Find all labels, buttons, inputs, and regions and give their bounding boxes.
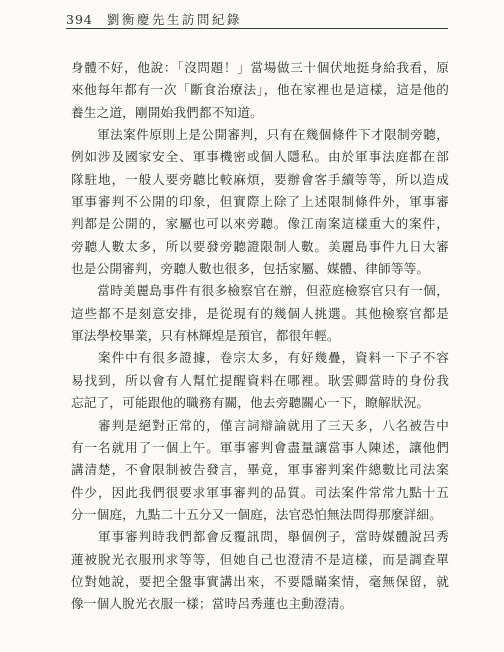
text-line: 軍法學校畢業，只有林輝煌是預官，都很年輕。 — [71, 325, 449, 347]
text-line: 身體不好，他說：「沒問題！」當場做三十個伏地挺身給我看，原 — [71, 57, 449, 79]
paragraph: 身體不好，他說：「沒問題！」當場做三十個伏地挺身給我看，原來他每年都有一次「斷食… — [71, 57, 449, 124]
text-line: 講清楚，不會限制被告發言，畢竟，軍事審判案件總數比司法案 — [71, 459, 449, 481]
text-line: 審判是絕對正常的，僅言詞辯論就用了三天多，八名被告中 — [71, 415, 449, 437]
paragraph: 軍法案件原則上是公開審判，只有在幾個條件下才限制旁聽，例如涉及國家安全、軍事機密… — [71, 124, 449, 280]
paragraph: 案件中有很多證據，卷宗太多，有好幾疊，資料一下子不容易找到，所以會有人幫忙提醒資… — [71, 347, 449, 414]
text-line: 旁聽人數太多，所以要發旁聽證限制人數。美麗島事件九日大審 — [71, 236, 449, 258]
text-line: 分一個庭，九點二十五分又一個庭，法官恐怕無法問得那麼詳細。 — [71, 504, 449, 526]
body-text: 身體不好，他說：「沒問題！」當場做三十個伏地挺身給我看，原來他每年都有一次「斷食… — [71, 57, 449, 616]
text-line: 件少，因此我們很要求軍事審判的品質。司法案件常常九點十五 — [71, 482, 449, 504]
running-header: 394 劉衡慶先生訪問紀錄 — [66, 10, 448, 28]
header-rule — [66, 28, 448, 29]
paragraph: 軍事審判時我們都會反覆訊問，舉個例子，當時媒體說呂秀蓮被脫光衣服刑求等等，但她自… — [71, 526, 449, 615]
text-line: 判都是公開的，家屬也可以來旁聽。像江南案這樣重大的案件， — [71, 213, 449, 235]
text-line: 也是公開審判，旁聽人數也很多，包括家屬、媒體、律師等等。 — [71, 258, 449, 280]
text-line: 隊駐地，一般人要旁聽比較麻煩，要辦會客手續等等，所以造成 — [71, 169, 449, 191]
text-line: 當時美麗島事件有很多檢察官在辦，但蒞庭檢察官只有一個， — [71, 280, 449, 302]
text-line: 來他每年都有一次「斷食治療法」，他在家裡也是這樣，這是他的 — [71, 79, 449, 101]
text-line: 養生之道，剛開始我們都不知道。 — [71, 102, 449, 124]
text-line: 例如涉及國家安全、軍事機密或個人隱私。由於軍事法庭都在部 — [71, 146, 449, 168]
text-line: 像一個人脫光衣服一樣；當時呂秀蓮也主動澄清。 — [71, 593, 449, 615]
text-line: 這些都不是刻意安排，是從現有的幾個人挑選。其他檢察官都是 — [71, 303, 449, 325]
text-line: 蓮被脫光衣服刑求等等，但她自己也澄清不是這樣，而是調查單 — [71, 549, 449, 571]
text-line: 易找到，所以會有人幫忙提醒資料在哪裡。耿雲卿當時的身份我 — [71, 370, 449, 392]
paragraph: 當時美麗島事件有很多檢察官在辦，但蒞庭檢察官只有一個，這些都不是刻意安排，是從現… — [71, 280, 449, 347]
chapter-title: 劉衡慶先生訪問紀錄 — [107, 10, 242, 28]
text-line: 軍事審判不公開的印象，但實際上除了上述限制條件外，軍事審 — [71, 191, 449, 213]
text-line: 忘記了，可能跟他的職務有關，他去旁聽關心一下，瞭解狀況。 — [71, 392, 449, 414]
text-line: 軍法案件原則上是公開審判，只有在幾個條件下才限制旁聽， — [71, 124, 449, 146]
paragraph: 審判是絕對正常的，僅言詞辯論就用了三天多，八名被告中有一名就用了一個上午。軍事審… — [71, 415, 449, 527]
text-line: 位對她說，要把全盤事實講出來，不要隱瞞案情，毫無保留，就 — [71, 571, 449, 593]
page-number: 394 — [66, 12, 93, 27]
book-page: 394 劉衡慶先生訪問紀錄 身體不好，他說：「沒問題！」當場做三十個伏地挺身給我… — [0, 0, 504, 652]
text-line: 有一名就用了一個上午。軍事審判會盡量讓當事人陳述，讓他們 — [71, 437, 449, 459]
text-line: 軍事審判時我們都會反覆訊問，舉個例子，當時媒體說呂秀 — [71, 526, 449, 548]
text-line: 案件中有很多證據，卷宗太多，有好幾疊，資料一下子不容 — [71, 347, 449, 369]
